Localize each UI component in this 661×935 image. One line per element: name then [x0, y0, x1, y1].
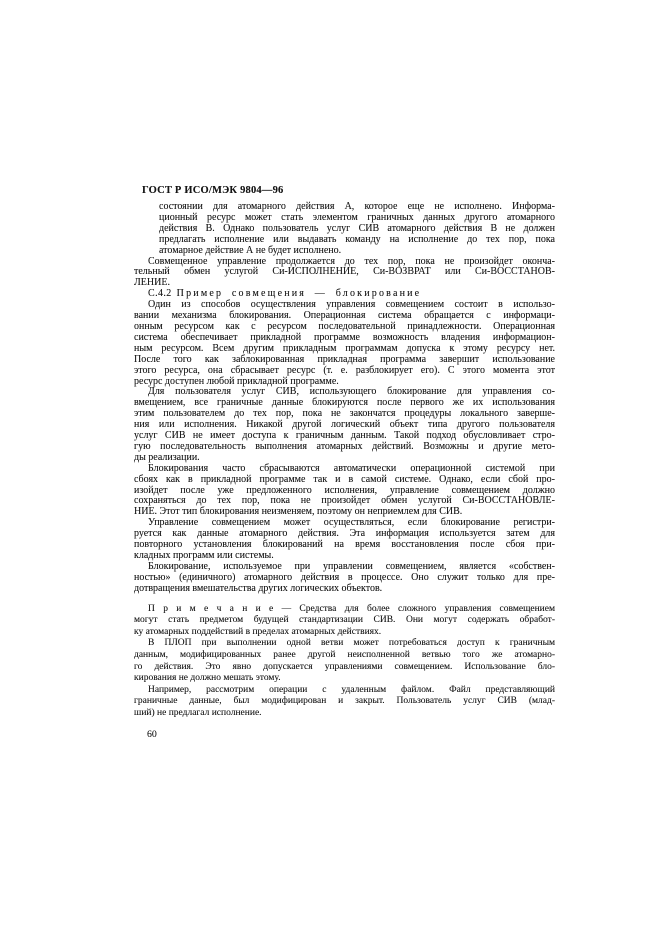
document-header: ГОСТ Р ИСО/МЭК 9804—96	[142, 185, 283, 196]
text-line: этого ресурса, она сбрасывает ресурс (т.…	[134, 366, 555, 377]
text-block: П р и м е ч а н и е — Средства для более…	[134, 604, 555, 639]
text-line: атомарное действие А не будет исполнено.	[159, 246, 555, 257]
heading-number: С.4.2	[148, 288, 172, 299]
text-line: кирования не должно мешать этому.	[134, 673, 555, 685]
text-line: П р и м е ч а н и е — Средства для более…	[134, 604, 555, 616]
text-line: данным, модифицированных ранее другой не…	[134, 650, 555, 662]
text-line: ший) не предлагал исполнение.	[134, 708, 555, 720]
text-line: В ПЛОП при выполнении одной ветви может …	[134, 638, 555, 650]
page-number: 60	[147, 729, 157, 740]
text-block: Управление совмещением может осуществлят…	[134, 518, 555, 562]
text-line: предлагать исполнение или выдавать коман…	[159, 235, 555, 246]
text-block: Например, рассмотрим операции с удаленны…	[134, 685, 555, 720]
text-line: граничные данные, был модифицирован и за…	[134, 696, 555, 708]
text-line: Например, рассмотрим операции с удаленны…	[134, 685, 555, 697]
text-line: могут стать предметом будущей стандартиз…	[134, 615, 555, 627]
scanned-document-page: ГОСТ Р ИСО/МЭК 9804—96 состоянии для ато…	[0, 0, 661, 935]
text-block: Совмещенное управление продолжается до т…	[134, 257, 555, 290]
text-block: В ПЛОП при выполнении одной ветви может …	[134, 638, 555, 684]
text-line: тельный обмен услугой Си-ИСПОЛНЕНИЕ, Си-…	[134, 267, 555, 278]
text-block: Блокирования часто сбрасываются автомати…	[134, 464, 555, 519]
text-block: Один из способов осуществления управлени…	[134, 300, 555, 387]
text-line: ку атомарных поддействий в пределах атом…	[134, 627, 555, 639]
document-body: состоянии для атомарного действия А, кот…	[134, 202, 555, 720]
text-line: сбоях как в прикладной программе так и в…	[134, 475, 555, 486]
text-line: дотвращения вмешательства других логичес…	[134, 584, 555, 595]
heading-title: Пример совмещения — блокирование	[177, 288, 422, 299]
text-line: После того как заблокированная прикладна…	[134, 355, 555, 366]
text-block: состоянии для атомарного действия А, кот…	[134, 202, 555, 257]
text-line: го действия. Это явно допускается управл…	[134, 662, 555, 674]
text-block: Блокирование, используемое при управлени…	[134, 562, 555, 595]
text-block: Для пользователя услуг СИВ, использующег…	[134, 387, 555, 463]
